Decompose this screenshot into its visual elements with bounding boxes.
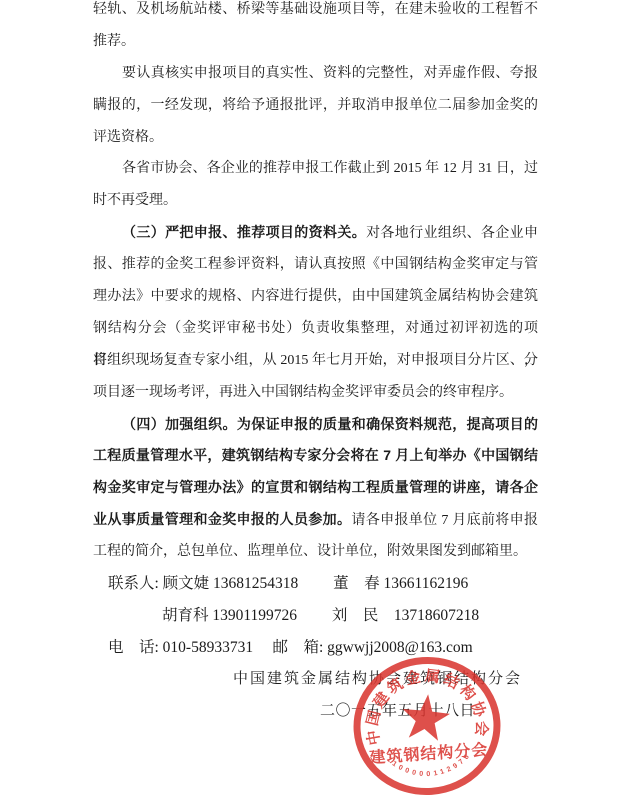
bold-emphasis: 工程质量管理水平，建筑钢结构专家分会将在 7 月上旬举办《中国钢结 (93, 447, 538, 463)
body-line-18: 工程的简介，总包单位、监理单位、设计单位，附效果图发到邮箱里。 (93, 536, 538, 568)
bold-emphasis: 构金奖审定与管理办法》的宣贯和钢结构工程质量管理的讲座，请各企 (93, 479, 538, 495)
red-star-icon (400, 692, 452, 742)
seal-banner-text: 建筑钢结构分会 (369, 740, 489, 767)
body-line-4: 瞒报的，一经发现，将给予通报批评，并取消申报单位二届参加金奖的 (93, 90, 538, 122)
body-line-8: （三）严把申报、推荐项目的资料关。对各地行业组织、各企业申 (93, 217, 538, 249)
body-line-6: 各省市协会、各企业的推荐申报工作截止到 2015 年 12 月 31 日，过 (93, 153, 538, 185)
bold-emphasis: （四）加强组织。为保证申报的质量和确保资料规范，提高项目的 (122, 416, 538, 432)
body-line-10: 理办法》中要求的规格、内容进行提供，由中国建筑金属结构协会建筑 (93, 281, 538, 313)
document-body: 轻轨、及机场航站楼、桥梁等基础设施项目等，在建未验收的工程暂不推荐。要认真核实申… (93, 0, 538, 727)
bold-emphasis: （三）严把申报、推荐项目的资料关。 (122, 224, 366, 240)
document-page: 轻轨、及机场航站楼、桥梁等基础设施项目等，在建未验收的工程暂不推荐。要认真核实申… (0, 0, 631, 800)
body-line-2: 推荐。 (93, 26, 538, 58)
body-line-17: 业从事质量管理和金奖申报的人员参加。请各申报单位 7 月底前将申报 (93, 504, 538, 536)
contact-line-2: 胡育科 13901199726 刘 民 13718607218 (93, 600, 538, 632)
official-seal-stamp: 中国建筑金属结构协会 建筑钢结构分会 1100000112978 (348, 650, 506, 800)
body-line-9: 报、推荐的金奖工程参评资料，请认真按照《中国钢结构金奖审定与管 (93, 249, 538, 281)
body-line-16: 构金奖审定与管理办法》的宣贯和钢结构工程质量管理的讲座，请各企 (93, 472, 538, 504)
body-line-7: 时不再受理。 (93, 185, 538, 217)
body-line-14: （四）加强组织。为保证申报的质量和确保资料规范，提高项目的 (93, 409, 538, 441)
body-line-5: 评选资格。 (93, 122, 538, 154)
body-line-11: 钢结构分会（金奖评审秘书处）负责收集整理，对通过初评初选的项目， (93, 313, 538, 345)
contact-line-1: 联系人: 顾文婕 13681254318 董 春 13661162196 (93, 568, 538, 600)
body-line-3: 要认真核实申报项目的真实性、资料的完整性，对弄虚作假、夸报 (93, 58, 538, 90)
body-line-13: 项目逐一现场考评，再进入中国钢结构金奖评审委员会的终审程序。 (93, 377, 538, 409)
body-line-1: 轻轨、及机场航站楼、桥梁等基础设施项目等，在建未验收的工程暂不 (93, 0, 538, 26)
body-line-12: 将组织现场复查专家小组，从 2015 年七月开始，对申报项目分片区、分 (93, 345, 538, 377)
bold-emphasis: 业从事质量管理和金奖申报的人员参加。 (93, 511, 351, 527)
body-line-15: 工程质量管理水平，建筑钢结构专家分会将在 7 月上旬举办《中国钢结 (93, 440, 538, 472)
